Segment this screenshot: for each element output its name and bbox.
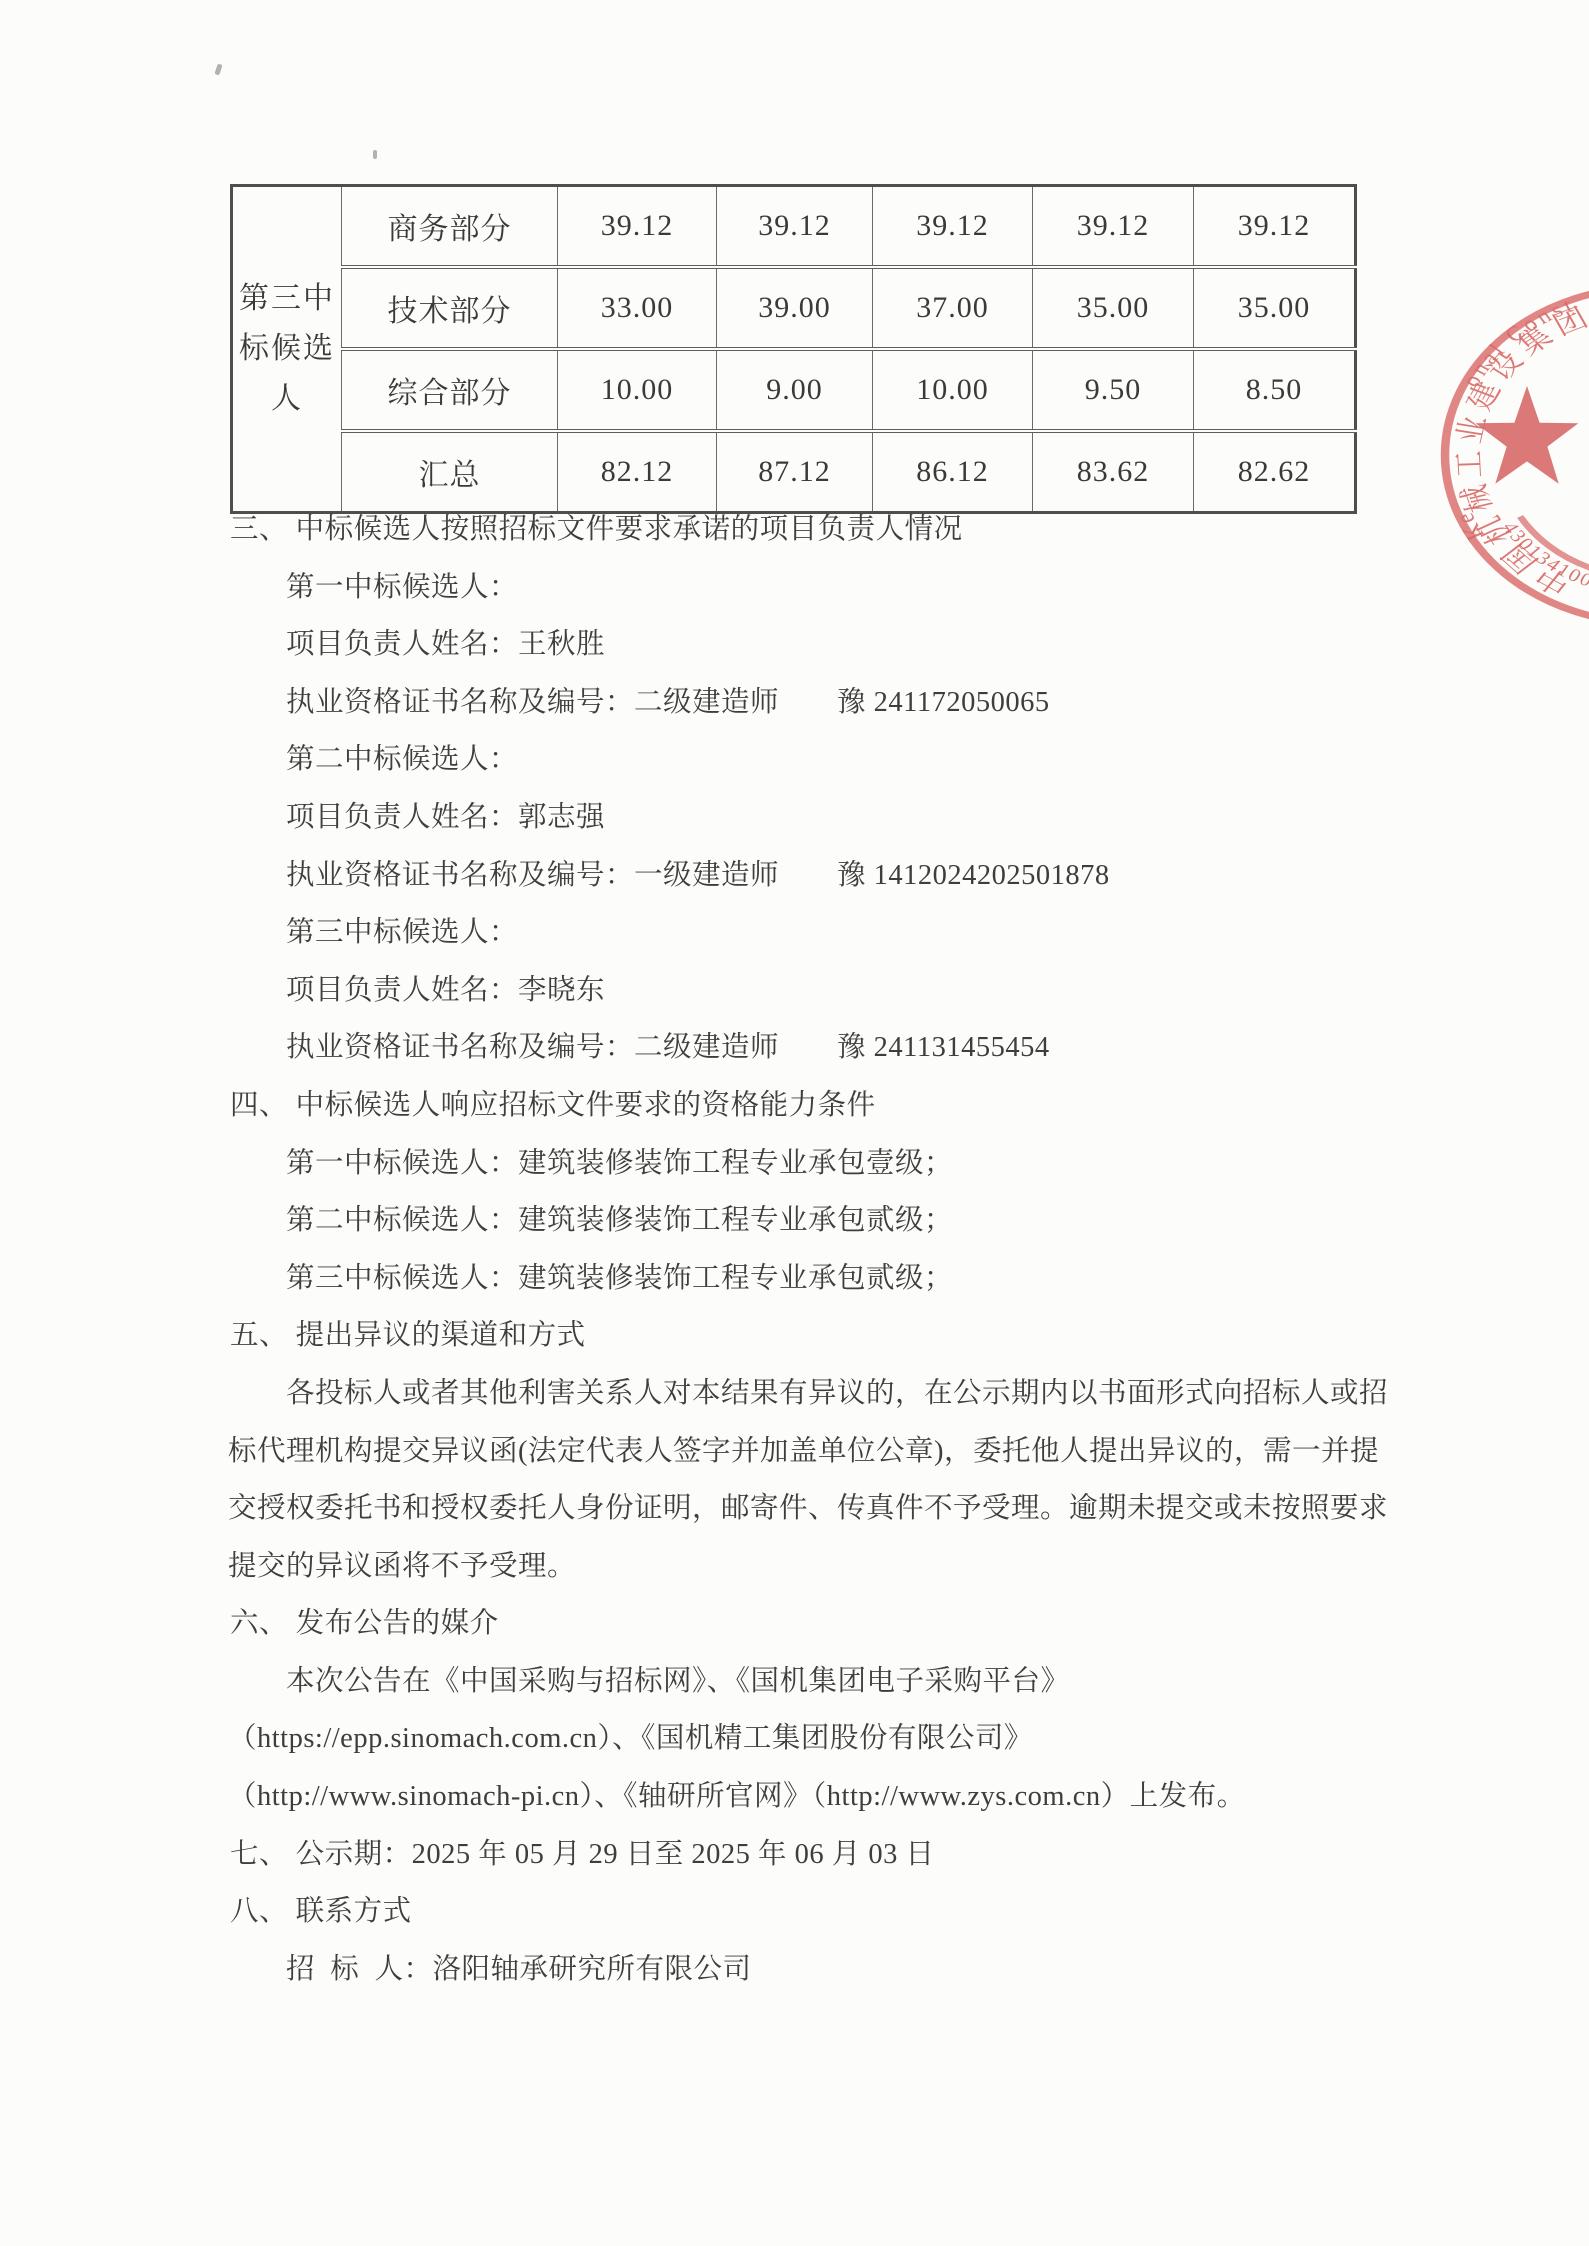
section-heading-5: 五、 提出异议的渠道和方式 [0, 1307, 1589, 1365]
section-heading-3: 三、 中标候选人按照招标文件要求承诺的项目负责人情况 [0, 501, 1589, 559]
candidate-1-label: 第一中标候选人： [0, 559, 1589, 617]
table-row: 技术部分33.0039.0037.0035.0035.00 [232, 267, 1356, 349]
score-cell: 8.50 [1194, 349, 1356, 431]
objection-para-2: 标代理机构提交异议函(法定代表人签字并加盖单位公章)，委托他人提出异议的，需一并… [0, 1423, 1589, 1481]
media-line-2: （https://epp.sinomach.com.cn）、《国机精工集团股份有… [0, 1710, 1589, 1768]
section-heading-8: 八、 联系方式 [0, 1883, 1589, 1941]
objection-para-3: 交授权委托书和授权委托人身份证明，邮寄件、传真件不予受理。逾期未提交或未按照要求 [0, 1480, 1589, 1538]
manager-1-cert: 执业资格证书名称及编号：二级建造师 豫 241172050065 [0, 674, 1589, 732]
scan-speck [214, 63, 222, 75]
scan-speck [373, 150, 377, 159]
row-label: 技术部分 [342, 267, 558, 349]
objection-para-4: 提交的异议函将不予受理。 [0, 1538, 1589, 1596]
qualification-2: 第二中标候选人：建筑装修装饰工程专业承包贰级； [0, 1192, 1589, 1250]
score-table: 第三中标候选人商务部分39.1239.1239.1239.1239.12技术部分… [230, 184, 1357, 514]
row-label: 商务部分 [342, 186, 558, 268]
manager-3-name: 项目负责人姓名：李晓东 [0, 962, 1589, 1020]
qualification-1: 第一中标候选人：建筑装修装饰工程专业承包壹级； [0, 1135, 1589, 1193]
section-heading-4: 四、 中标候选人响应招标文件要求的资格能力条件 [0, 1077, 1589, 1135]
score-cell: 33.00 [558, 267, 717, 349]
section-heading-6: 六、 发布公告的媒介 [0, 1595, 1589, 1653]
candidate-2-label: 第二中标候选人： [0, 731, 1589, 789]
score-cell: 39.00 [717, 267, 873, 349]
table-row: 综合部分10.009.0010.009.508.50 [232, 349, 1356, 431]
score-cell: 10.00 [873, 349, 1033, 431]
qualification-3: 第三中标候选人：建筑装修装饰工程专业承包贰级； [0, 1250, 1589, 1308]
table-row: 第三中标候选人商务部分39.1239.1239.1239.1239.12 [232, 186, 1356, 268]
document-page: 第三中标候选人商务部分39.1239.1239.1239.1239.12技术部分… [0, 0, 1589, 2246]
manager-2-name: 项目负责人姓名：郭志强 [0, 789, 1589, 847]
media-line-1: 本次公告在《中国采购与招标网》、《国机集团电子采购平台》 [0, 1653, 1589, 1711]
media-line-3: （http://www.sinomach-pi.cn）、《轴研所官网》（http… [0, 1768, 1589, 1826]
score-cell: 39.12 [1033, 186, 1194, 268]
row-label: 综合部分 [342, 349, 558, 431]
document-body: 三、 中标候选人按照招标文件要求承诺的项目负责人情况第一中标候选人：项目负责人姓… [0, 501, 1589, 1998]
manager-1-name: 项目负责人姓名：王秋胜 [0, 616, 1589, 674]
candidate-3-label: 第三中标候选人： [0, 904, 1589, 962]
score-cell: 39.12 [558, 186, 717, 268]
section-heading-7: 七、 公示期：2025 年 05 月 29 日至 2025 年 06 月 03 … [0, 1826, 1589, 1884]
score-cell: 39.12 [1194, 186, 1356, 268]
score-table-body: 第三中标候选人商务部分39.1239.1239.1239.1239.12技术部分… [232, 186, 1356, 513]
score-cell: 10.00 [558, 349, 717, 431]
score-cell: 9.50 [1033, 349, 1194, 431]
row-group-header: 第三中标候选人 [232, 186, 342, 513]
company-seal-stamp: 中国机械工业建设集团 Ke onal Const 430134100 [1420, 225, 1589, 685]
score-cell: 35.00 [1194, 267, 1356, 349]
manager-3-cert: 执业资格证书名称及编号：二级建造师 豫 241131455454 [0, 1019, 1589, 1077]
score-cell: 39.12 [717, 186, 873, 268]
tenderer-line: 招 标 人：洛阳轴承研究所有限公司 [0, 1941, 1589, 1999]
score-cell: 35.00 [1033, 267, 1194, 349]
score-cell: 39.12 [873, 186, 1033, 268]
score-cell: 37.00 [873, 267, 1033, 349]
manager-2-cert: 执业资格证书名称及编号：一级建造师 豫 1412024202501878 [0, 847, 1589, 905]
score-cell: 9.00 [717, 349, 873, 431]
objection-para-1: 各投标人或者其他利害关系人对本结果有异议的，在公示期内以书面形式向招标人或招 [0, 1365, 1589, 1423]
